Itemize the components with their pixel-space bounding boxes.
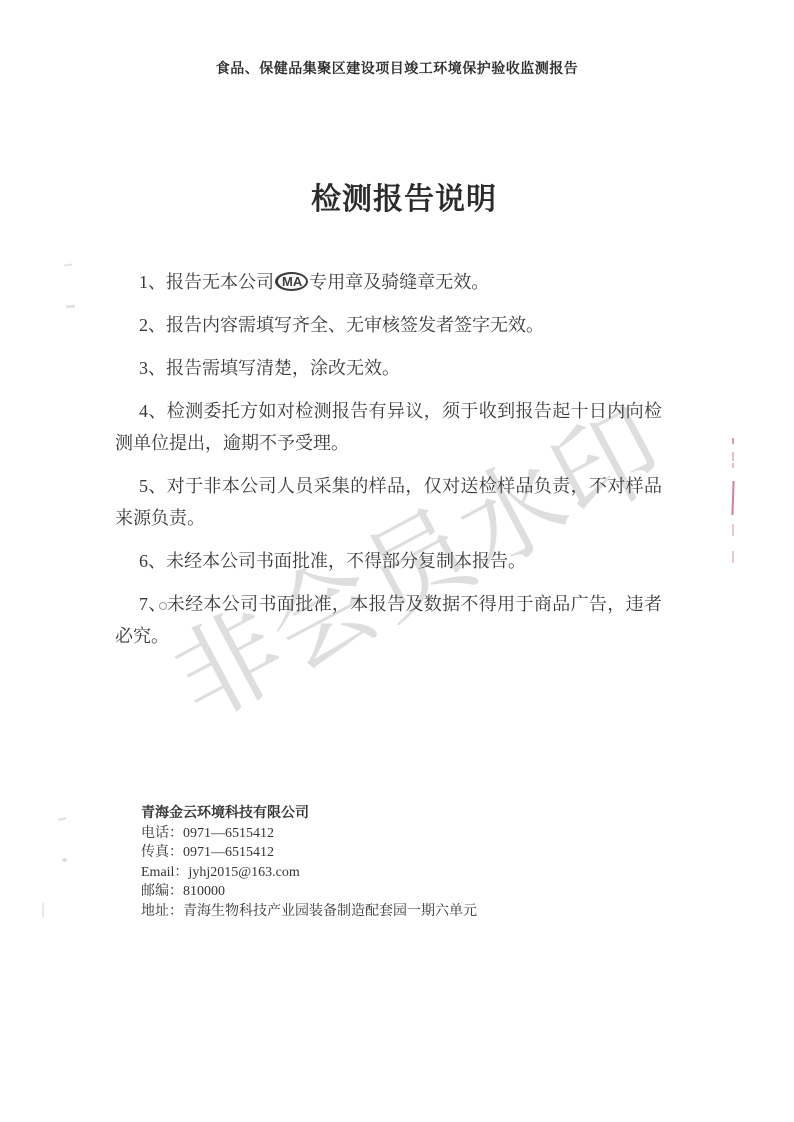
note-1-suffix: 专用章及骑缝章无效。: [309, 272, 489, 292]
page-title: 检测报告说明: [7, 184, 794, 216]
cma-stamp-icon: MA: [275, 272, 308, 291]
contact-address: 地址：青海生物科技产业园装备制造配套园一期六单元: [141, 902, 477, 922]
scan-artifact-red: [732, 438, 734, 444]
note-item-2: 2、报告内容需填写齐全、无审核签发者签字无效。: [115, 309, 662, 341]
contact-phone: 电话：0971—6515412: [141, 824, 477, 844]
scan-artifact-red: [731, 481, 734, 515]
scan-artifact-red: [732, 463, 734, 468]
scan-artifact-red: [732, 452, 734, 461]
scan-speck: [58, 817, 66, 820]
note-item-3: 3、报告需填写清楚，涂改无效。: [115, 352, 662, 384]
note-item-4: 4、检测委托方如对检测报告有异议，须于收到报告起十日内向检测单位提出，逾期不予受…: [115, 395, 662, 459]
contact-postcode: 邮编：810000: [141, 882, 477, 902]
note-1-prefix: 1、报告无本公司: [139, 272, 274, 292]
company-name: 青海金云环境科技有限公司: [141, 804, 477, 824]
scan-artifact-red: [732, 524, 734, 536]
scan-speck: [42, 903, 44, 917]
scan-speck: [66, 305, 75, 309]
cma-stamp-text: MA: [282, 274, 302, 289]
scan-speck: [62, 858, 67, 862]
note-item-5: 5、对于非本公司人员采集的样品，仅对送检样品负责，不对样品来源负责。: [115, 470, 662, 534]
notes-section: 1、报告无本公司MA专用章及骑缝章无效。 2、报告内容需填写齐全、无审核签发者签…: [115, 266, 662, 663]
scan-artifact-red: [732, 551, 734, 563]
contact-email: Email：jyhj2015@163.com: [141, 863, 477, 883]
contact-fax: 传真：0971—6515412: [141, 843, 477, 863]
note-item-1: 1、报告无本公司MA专用章及骑缝章无效。: [115, 266, 662, 298]
company-contact-block: 青海金云环境科技有限公司 电话：0971—6515412 传真：0971—651…: [141, 804, 477, 921]
scan-speck: [64, 263, 72, 266]
report-page: 非会员水印 食品、保健品集聚区建设项目竣工环境保护验收监测报告 检测报告说明 1…: [0, 0, 794, 1122]
note-item-7: 7、未经本公司书面批准，本报告及数据不得用于商品广告，违者必究。: [115, 588, 662, 652]
running-header: 食品、保健品集聚区建设项目竣工环境保护验收监测报告: [0, 58, 794, 78]
note-item-6: 6、未经本公司书面批准，不得部分复制本报告。: [115, 545, 662, 577]
